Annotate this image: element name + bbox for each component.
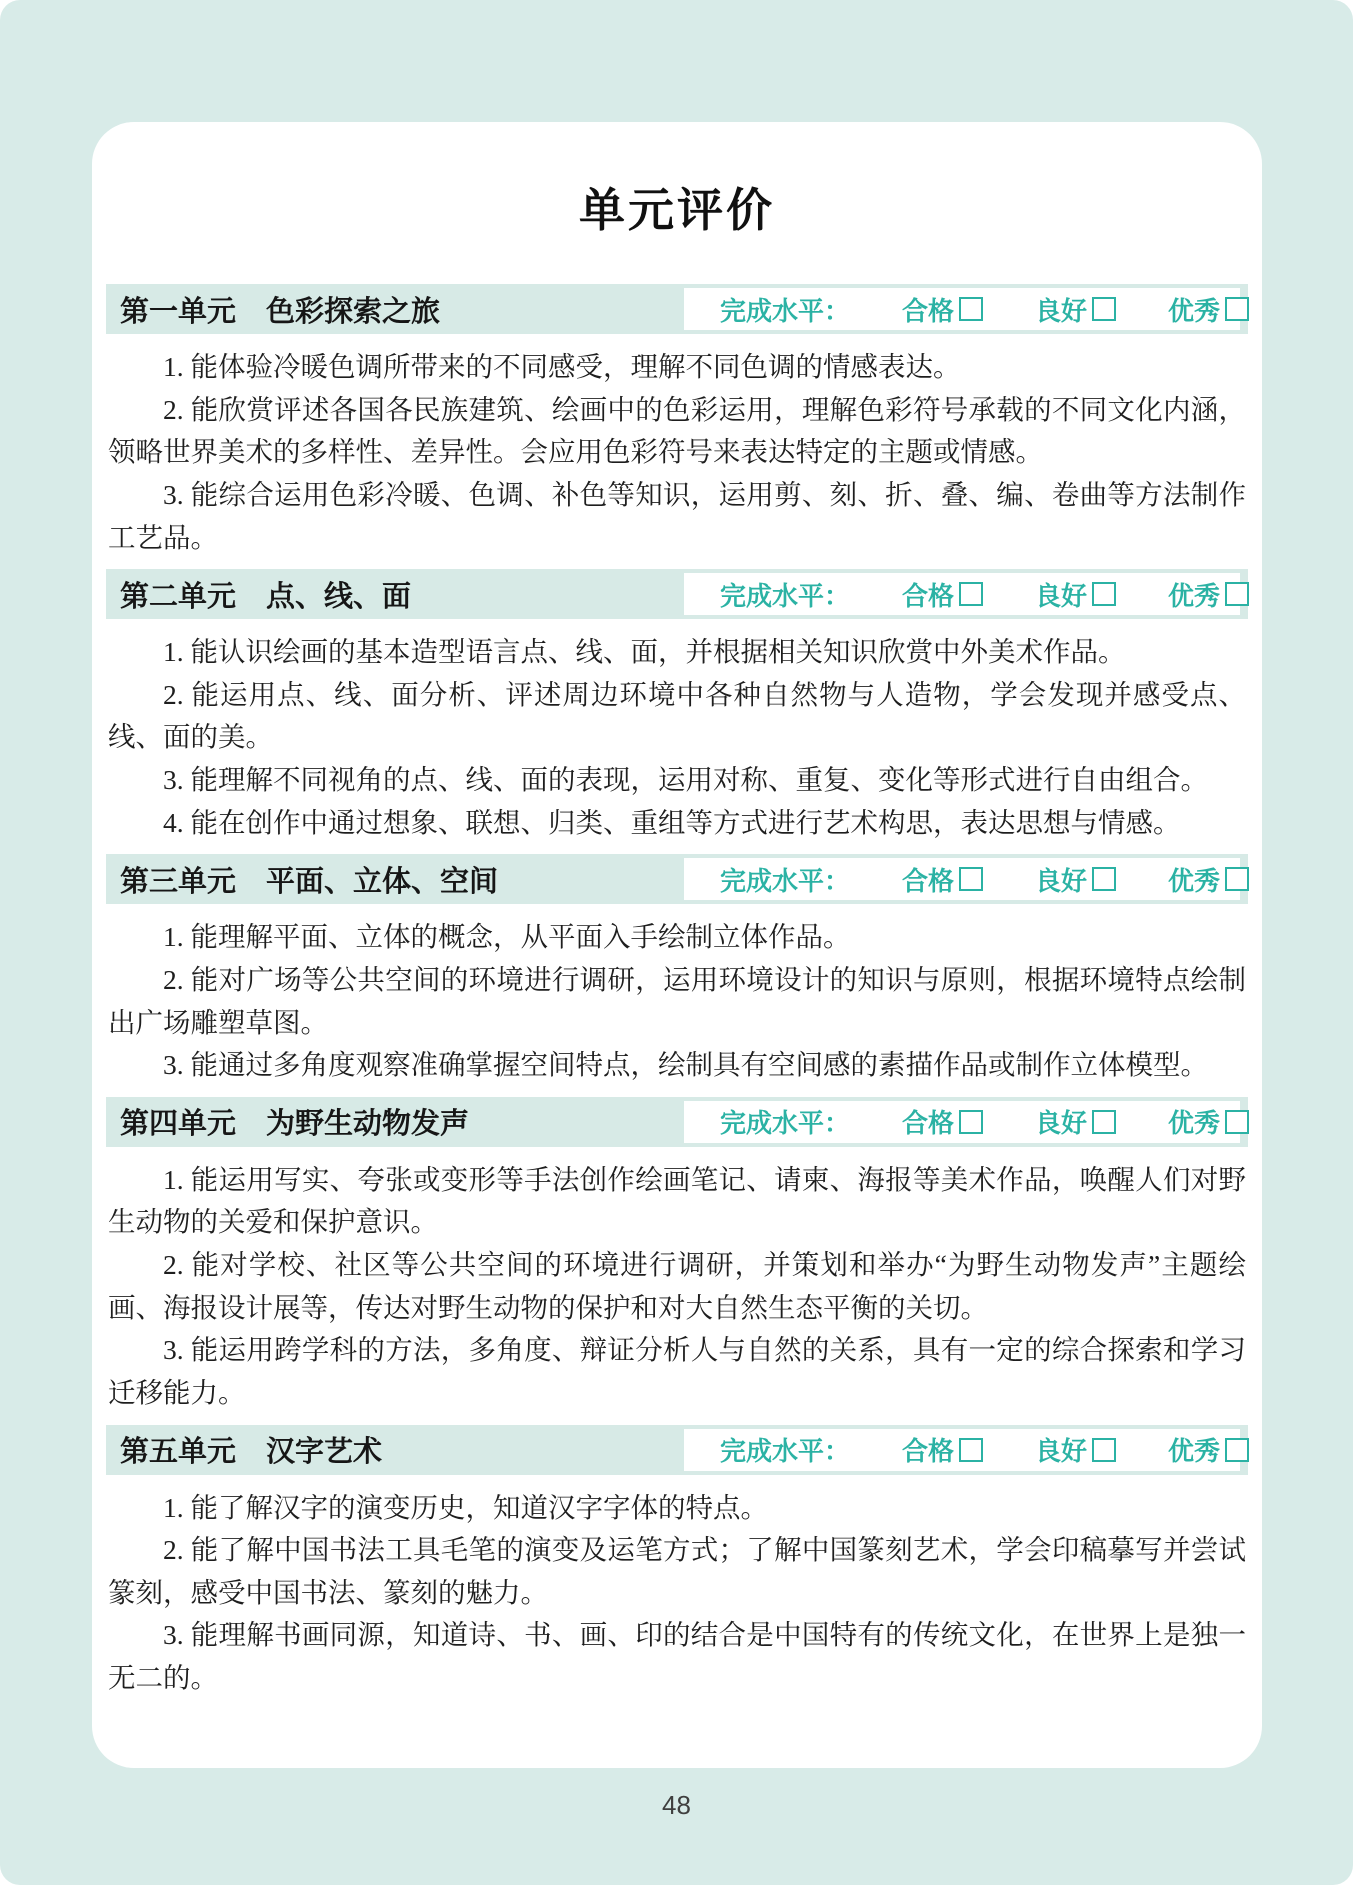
checkbox-good-icon[interactable] <box>1092 1110 1116 1134</box>
completion-option-label: 良好 <box>1035 576 1087 613</box>
unit-header-bar: 第四单元 为野生动物发声 完成水平：合格良好优秀 <box>106 1097 1248 1147</box>
checkbox-excellent-icon[interactable] <box>1225 867 1249 891</box>
unit-item-text: 1. 能体验冷暖色调所带来的不同感受，理解不同色调的情感表达。 <box>108 346 1246 389</box>
unit-item-text: 1. 能理解平面、立体的概念，从平面入手绘制立体作品。 <box>108 916 1246 959</box>
unit-title: 第五单元 汉字艺术 <box>106 1425 684 1475</box>
checkbox-qualified-icon[interactable] <box>959 1438 983 1462</box>
unit-item-text: 2. 能欣赏评述各国各民族建筑、绘画中的色彩运用，理解色彩符号承载的不同文化内涵… <box>108 389 1246 474</box>
checkbox-good-icon[interactable] <box>1092 297 1116 321</box>
completion-option-label: 良好 <box>1035 1103 1087 1140</box>
unit-item-text: 2. 能对广场等公共空间的环境进行调研，运用环境设计的知识与原则，根据环境特点绘… <box>108 959 1246 1044</box>
checkbox-good-icon[interactable] <box>1092 1438 1116 1462</box>
checkbox-qualified-icon[interactable] <box>959 867 983 891</box>
completion-option-label: 优秀 <box>1168 291 1220 328</box>
completion-box: 完成水平：合格良好优秀 <box>684 1429 1240 1471</box>
completion-option-label: 合格 <box>902 291 954 328</box>
completion-option-good: 良好 <box>1035 291 1116 328</box>
unit-section: 第四单元 为野生动物发声 完成水平：合格良好优秀 1. 能运用写实、夸张或变形等… <box>106 1097 1248 1425</box>
completion-option-good: 良好 <box>1035 1103 1116 1140</box>
unit-section: 第三单元 平面、立体、空间 完成水平：合格良好优秀 1. 能理解平面、立体的概念… <box>106 854 1248 1097</box>
units: 第一单元 色彩探索之旅 完成水平：合格良好优秀 1. 能体验冷暖色调所带来的不同… <box>106 284 1248 1710</box>
completion-option-label: 合格 <box>902 1103 954 1140</box>
completion-option-label: 优秀 <box>1168 1103 1220 1140</box>
unit-item-text: 3. 能运用跨学科的方法，多角度、辩证分析人与自然的关系，具有一定的综合探索和学… <box>108 1329 1246 1414</box>
unit-item-text: 3. 能通过多角度观察准确掌握空间特点，绘制具有空间感的素描作品或制作立体模型。 <box>108 1044 1246 1087</box>
completion-option-qualified: 合格 <box>902 1431 983 1468</box>
completion-option-excellent: 优秀 <box>1168 576 1249 613</box>
unit-number: 第四单元 <box>120 1101 236 1142</box>
unit-title: 第二单元 点、线、面 <box>106 569 684 619</box>
page-background: 单元评价 第一单元 色彩探索之旅 完成水平：合格良好优秀 1. 能体验冷暖色调所… <box>0 0 1353 1885</box>
unit-number: 第二单元 <box>120 574 236 615</box>
unit-body: 1. 能体验冷暖色调所带来的不同感受，理解不同色调的情感表达。2. 能欣赏评述各… <box>106 334 1248 569</box>
unit-body: 1. 能运用写实、夸张或变形等手法创作绘画笔记、请柬、海报等美术作品，唤醒人们对… <box>106 1147 1248 1425</box>
completion-level-label: 完成水平： <box>720 291 850 328</box>
completion-option-label: 合格 <box>902 861 954 898</box>
unit-number: 第五单元 <box>120 1429 236 1470</box>
unit-name: 点、线、面 <box>266 574 411 615</box>
page-title: 单元评价 <box>106 174 1248 240</box>
completion-option-label: 良好 <box>1035 291 1087 328</box>
completion-level-label: 完成水平： <box>720 1431 850 1468</box>
checkbox-excellent-icon[interactable] <box>1225 582 1249 606</box>
checkbox-qualified-icon[interactable] <box>959 1110 983 1134</box>
unit-name: 为野生动物发声 <box>266 1101 469 1142</box>
completion-option-good: 良好 <box>1035 861 1116 898</box>
completion-level-label: 完成水平： <box>720 861 850 898</box>
unit-item-text: 2. 能运用点、线、面分析、评述周边环境中各种自然物与人造物，学会发现并感受点、… <box>108 674 1246 759</box>
completion-level-label: 完成水平： <box>720 576 850 613</box>
unit-section: 第五单元 汉字艺术 完成水平：合格良好优秀 1. 能了解汉字的演变历史，知道汉字… <box>106 1425 1248 1710</box>
unit-title: 第三单元 平面、立体、空间 <box>106 854 684 904</box>
completion-level-label: 完成水平： <box>720 1103 850 1140</box>
unit-item-text: 1. 能认识绘画的基本造型语言点、线、面，并根据相关知识欣赏中外美术作品。 <box>108 631 1246 674</box>
unit-item-text: 3. 能理解不同视角的点、线、面的表现，运用对称、重复、变化等形式进行自由组合。 <box>108 759 1246 802</box>
completion-option-label: 良好 <box>1035 861 1087 898</box>
completion-option-qualified: 合格 <box>902 861 983 898</box>
unit-item-text: 4. 能在创作中通过想象、联想、归类、重组等方式进行艺术构思，表达思想与情感。 <box>108 802 1246 845</box>
checkbox-qualified-icon[interactable] <box>959 297 983 321</box>
unit-body: 1. 能理解平面、立体的概念，从平面入手绘制立体作品。2. 能对广场等公共空间的… <box>106 904 1248 1097</box>
completion-option-excellent: 优秀 <box>1168 291 1249 328</box>
completion-option-qualified: 合格 <box>902 291 983 328</box>
unit-header-bar: 第三单元 平面、立体、空间 完成水平：合格良好优秀 <box>106 854 1248 904</box>
unit-item-text: 1. 能运用写实、夸张或变形等手法创作绘画笔记、请柬、海报等美术作品，唤醒人们对… <box>108 1159 1246 1244</box>
unit-section: 第一单元 色彩探索之旅 完成水平：合格良好优秀 1. 能体验冷暖色调所带来的不同… <box>106 284 1248 569</box>
completion-option-label: 合格 <box>902 576 954 613</box>
completion-option-excellent: 优秀 <box>1168 861 1249 898</box>
completion-option-qualified: 合格 <box>902 576 983 613</box>
checkbox-good-icon[interactable] <box>1092 582 1116 606</box>
completion-box: 完成水平：合格良好优秀 <box>684 1101 1240 1143</box>
checkbox-excellent-icon[interactable] <box>1225 297 1249 321</box>
unit-header-bar: 第一单元 色彩探索之旅 完成水平：合格良好优秀 <box>106 284 1248 334</box>
unit-item-text: 2. 能了解中国书法工具毛笔的演变及运笔方式；了解中国篆刻艺术，学会印稿摹写并尝… <box>108 1529 1246 1614</box>
content-card: 单元评价 第一单元 色彩探索之旅 完成水平：合格良好优秀 1. 能体验冷暖色调所… <box>92 122 1262 1768</box>
completion-option-label: 优秀 <box>1168 576 1220 613</box>
completion-option-label: 合格 <box>902 1431 954 1468</box>
completion-option-excellent: 优秀 <box>1168 1103 1249 1140</box>
completion-option-qualified: 合格 <box>902 1103 983 1140</box>
checkbox-excellent-icon[interactable] <box>1225 1438 1249 1462</box>
completion-box: 完成水平：合格良好优秀 <box>684 573 1240 615</box>
completion-option-excellent: 优秀 <box>1168 1431 1249 1468</box>
unit-title: 第四单元 为野生动物发声 <box>106 1097 684 1147</box>
completion-option-label: 良好 <box>1035 1431 1087 1468</box>
completion-box: 完成水平：合格良好优秀 <box>684 288 1240 330</box>
completion-option-label: 优秀 <box>1168 1431 1220 1468</box>
unit-name: 色彩探索之旅 <box>266 289 440 330</box>
checkbox-good-icon[interactable] <box>1092 867 1116 891</box>
unit-number: 第一单元 <box>120 289 236 330</box>
completion-option-label: 优秀 <box>1168 861 1220 898</box>
unit-name: 汉字艺术 <box>266 1429 382 1470</box>
completion-option-good: 良好 <box>1035 576 1116 613</box>
unit-number: 第三单元 <box>120 859 236 900</box>
unit-item-text: 2. 能对学校、社区等公共空间的环境进行调研，并策划和举办“为野生动物发声”主题… <box>108 1244 1246 1329</box>
unit-item-text: 1. 能了解汉字的演变历史，知道汉字字体的特点。 <box>108 1487 1246 1530</box>
completion-option-good: 良好 <box>1035 1431 1116 1468</box>
page-number: 48 <box>0 1790 1353 1821</box>
unit-title: 第一单元 色彩探索之旅 <box>106 284 684 334</box>
unit-body: 1. 能认识绘画的基本造型语言点、线、面，并根据相关知识欣赏中外美术作品。2. … <box>106 619 1248 854</box>
completion-box: 完成水平：合格良好优秀 <box>684 858 1240 900</box>
unit-section: 第二单元 点、线、面 完成水平：合格良好优秀 1. 能认识绘画的基本造型语言点、… <box>106 569 1248 854</box>
unit-body: 1. 能了解汉字的演变历史，知道汉字字体的特点。2. 能了解中国书法工具毛笔的演… <box>106 1475 1248 1710</box>
unit-item-text: 3. 能综合运用色彩冷暖、色调、补色等知识，运用剪、刻、折、叠、编、卷曲等方法制… <box>108 474 1246 559</box>
checkbox-qualified-icon[interactable] <box>959 582 983 606</box>
unit-header-bar: 第二单元 点、线、面 完成水平：合格良好优秀 <box>106 569 1248 619</box>
checkbox-excellent-icon[interactable] <box>1225 1110 1249 1134</box>
unit-header-bar: 第五单元 汉字艺术 完成水平：合格良好优秀 <box>106 1425 1248 1475</box>
unit-name: 平面、立体、空间 <box>266 859 498 900</box>
unit-item-text: 3. 能理解书画同源，知道诗、书、画、印的结合是中国特有的传统文化，在世界上是独… <box>108 1614 1246 1699</box>
